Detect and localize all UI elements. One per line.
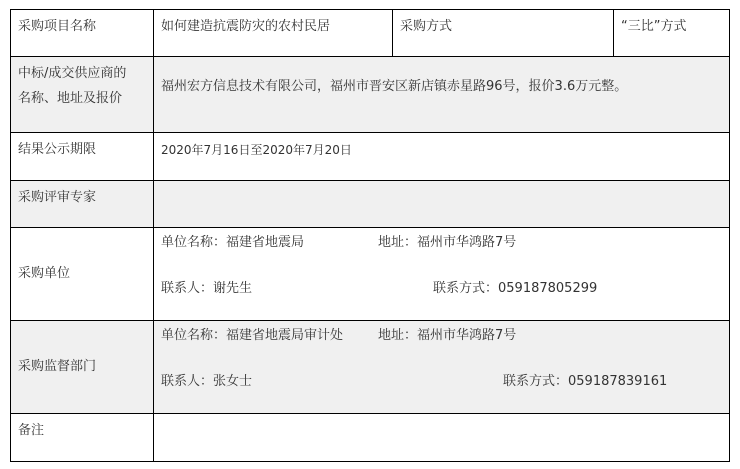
purchasing-unit-label: 采购单位 (11, 228, 154, 321)
supervision-dept-value: 单位名称：福建省地震局审计处 地址：福州市华鸿路7号 联系人：张女士 联系方式：… (154, 321, 730, 414)
supervision-dept-address: 地址：福州市华鸿路7号 (378, 326, 516, 346)
supervision-dept-name: 单位名称：福建省地震局审计处 (161, 326, 343, 346)
supplier-info-text: 福州宏方信息技术有限公司，福州市晋安区新店镇赤星路96号，报价3.6万元整。 (161, 79, 627, 94)
row-publicity-period: 结果公示期限 2020年7月16日至2020年7月20日 (11, 133, 730, 181)
project-name-label: 采购项目名称 (11, 10, 154, 57)
supervision-dept-line2: 联系人：张女士 联系方式：059187839161 (161, 372, 722, 392)
supplier-value: 福州宏方信息技术有限公司，福州市晋安区新店镇赤星路96号，报价3.6万元整。 (154, 57, 730, 133)
row-review-experts: 采购评审专家 (11, 181, 730, 228)
purchasing-unit-phone: 联系方式：059187805299 (433, 279, 597, 299)
supplier-label: 中标/成交供应商的 名称、地址及报价 (11, 57, 154, 133)
purchasing-unit-name: 单位名称：福建省地震局 (161, 233, 304, 253)
publicity-period-value: 2020年7月16日至2020年7月20日 (154, 133, 730, 181)
remarks-value (154, 414, 730, 462)
review-experts-label: 采购评审专家 (11, 181, 154, 228)
purchasing-unit-line1: 单位名称：福建省地震局 地址：福州市华鸿路7号 (161, 233, 722, 253)
row-purchasing-unit: 采购单位 单位名称：福建省地震局 地址：福州市华鸿路7号 联系人：谢先生 联系方… (11, 228, 730, 321)
procurement-method-value: “三比”方式 (614, 10, 730, 57)
row-supplier: 中标/成交供应商的 名称、地址及报价 福州宏方信息技术有限公司，福州市晋安区新店… (11, 57, 730, 133)
row-supervision-dept: 采购监督部门 单位名称：福建省地震局审计处 地址：福州市华鸿路7号 联系人：张女… (11, 321, 730, 414)
supplier-label-line2: 名称、地址及报价 (18, 86, 146, 111)
procurement-result-table: 采购项目名称 如何建造抗震防灾的农村民居 采购方式 “三比”方式 中标/成交供应… (10, 9, 730, 462)
supervision-dept-phone: 联系方式：059187839161 (503, 372, 667, 392)
purchasing-unit-line2: 联系人：谢先生 联系方式：059187805299 (161, 279, 722, 299)
row-remarks: 备注 (11, 414, 730, 462)
row-project-name: 采购项目名称 如何建造抗震防灾的农村民居 采购方式 “三比”方式 (11, 10, 730, 57)
publicity-period-label: 结果公示期限 (11, 133, 154, 181)
purchasing-unit-value: 单位名称：福建省地震局 地址：福州市华鸿路7号 联系人：谢先生 联系方式：059… (154, 228, 730, 321)
purchasing-unit-contact: 联系人：谢先生 (161, 279, 252, 299)
remarks-label: 备注 (11, 414, 154, 462)
review-experts-value (154, 181, 730, 228)
supervision-dept-label: 采购监督部门 (11, 321, 154, 414)
supervision-dept-line1: 单位名称：福建省地震局审计处 地址：福州市华鸿路7号 (161, 326, 722, 346)
project-name-value: 如何建造抗震防灾的农村民居 (154, 10, 393, 57)
purchasing-unit-address: 地址：福州市华鸿路7号 (378, 233, 516, 253)
procurement-method-label: 采购方式 (393, 10, 614, 57)
supplier-label-line1: 中标/成交供应商的 (18, 61, 146, 86)
supervision-dept-contact: 联系人：张女士 (161, 372, 252, 392)
